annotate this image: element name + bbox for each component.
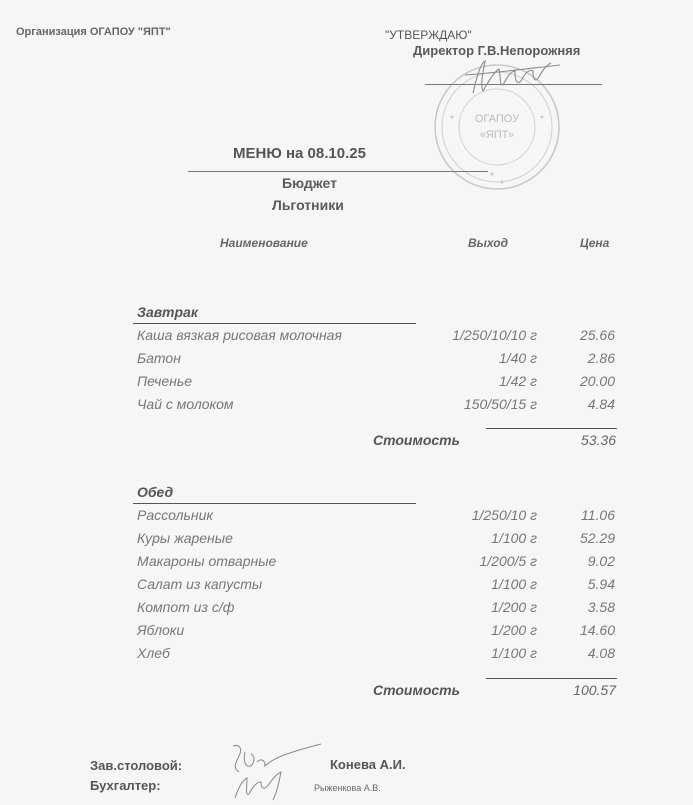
total-label-lunch: Стоимость (373, 682, 460, 698)
page-title: МЕНЮ на 08.10.25 (233, 145, 366, 162)
section-title-lunch: Обед (137, 484, 173, 500)
subtitle-budget: Бюджет (282, 175, 337, 191)
item-name: Яблоки (137, 622, 184, 638)
accountant-name: Рыженкова А.В. (314, 783, 381, 793)
column-header-price: Цена (580, 236, 609, 250)
item-output: 1/100 г (491, 530, 537, 546)
item-output: 1/250/10/10 г (452, 327, 537, 343)
item-output: 1/100 г (491, 645, 537, 661)
item-price: 4.84 (588, 396, 615, 412)
item-output: 1/40 г (499, 350, 537, 366)
item-output: 1/200 г (491, 622, 537, 638)
menu-row: Чай с молоком 150/50/15 г 4.84 (137, 396, 617, 419)
item-output: 1/200/5 г (479, 553, 537, 569)
item-name: Компот из с/ф (137, 599, 234, 615)
handwritten-signature-icon (225, 738, 325, 805)
column-header-name: Наименование (220, 236, 308, 250)
item-name: Салат из капусты (137, 576, 262, 592)
item-price: 4.08 (588, 645, 615, 661)
item-price: 9.02 (588, 553, 615, 569)
total-value-lunch: 100.57 (573, 682, 616, 698)
total-value-breakfast: 53.36 (581, 432, 616, 448)
item-output: 1/100 г (491, 576, 537, 592)
section-underline (133, 323, 416, 324)
menu-row: Яблоки 1/200 г 14.60 (137, 622, 617, 645)
section-underline (133, 503, 416, 504)
section-title-breakfast: Завтрак (137, 304, 198, 320)
item-output: 1/42 г (499, 373, 537, 389)
approve-label: "УТВЕРЖДАЮ" (385, 28, 472, 42)
director-signature-icon (455, 55, 565, 100)
menu-row: Печенье 1/42 г 20.00 (137, 373, 617, 396)
subtitle-beneficiaries: Льготники (272, 197, 344, 213)
stamp-text-2: «ЯПТ» (480, 129, 514, 141)
menu-row: Компот из с/ф 1/200 г 3.58 (137, 599, 617, 622)
item-price: 2.86 (588, 350, 615, 366)
organization-label: Организация ОГАПОУ "ЯПТ" (16, 26, 171, 38)
item-price: 3.58 (588, 599, 615, 615)
item-output: 150/50/15 г (464, 396, 537, 412)
item-name: Макароны отварные (137, 553, 276, 569)
accountant-label: Бухгалтер: (90, 778, 161, 793)
item-price: 25.66 (580, 327, 615, 343)
menu-row: Батон 1/40 г 2.86 (137, 350, 617, 373)
menu-row: Рассольник 1/250/10 г 11.06 (137, 507, 617, 530)
canteen-head-name: Конева А.И. (330, 757, 406, 772)
menu-row: Макароны отварные 1/200/5 г 9.02 (137, 553, 617, 576)
total-line (486, 428, 617, 429)
total-label-breakfast: Стоимость (373, 432, 460, 448)
item-output: 1/250/10 г (472, 507, 537, 523)
title-underline (188, 171, 488, 172)
item-price: 11.06 (581, 507, 615, 523)
column-header-output: Выход (468, 236, 508, 250)
total-line (486, 678, 617, 679)
item-name: Батон (137, 350, 181, 366)
item-name: Хлеб (137, 645, 170, 661)
item-name: Печенье (137, 373, 192, 389)
item-price: 14.60 (580, 622, 615, 638)
stamp-text-1: ОГАПОУ (475, 113, 520, 125)
item-price: 20.00 (580, 373, 615, 389)
menu-row: Каша вязкая рисовая молочная 1/250/10/10… (137, 327, 617, 350)
item-price: 5.94 (588, 576, 615, 592)
item-output: 1/200 г (491, 599, 537, 615)
menu-row: Хлеб 1/100 г 4.08 (137, 645, 617, 668)
canteen-head-label: Зав.столовой: (90, 758, 182, 773)
menu-row: Салат из капусты 1/100 г 5.94 (137, 576, 617, 599)
item-name: Куры жареные (137, 530, 233, 546)
item-name: Рассольник (137, 507, 213, 523)
item-name: Каша вязкая рисовая молочная (137, 327, 342, 343)
item-price: 52.29 (580, 530, 615, 546)
item-name: Чай с молоком (137, 396, 234, 412)
menu-row: Куры жареные 1/100 г 52.29 (137, 530, 617, 553)
